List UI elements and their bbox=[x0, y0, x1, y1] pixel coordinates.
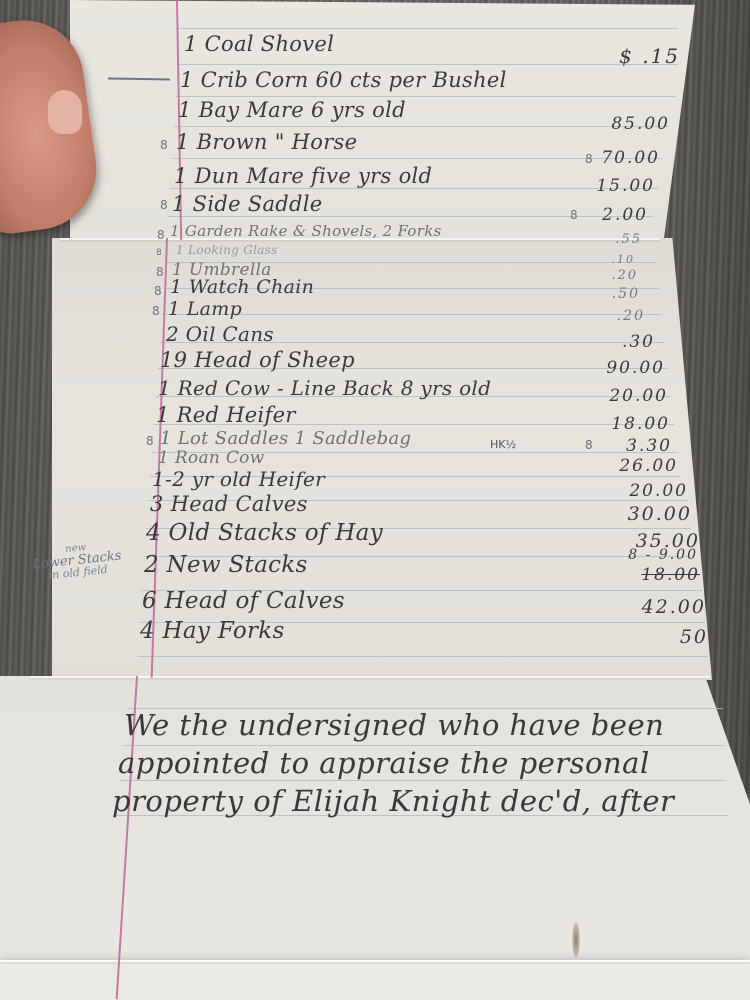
item-desc: 2 Oil Cans bbox=[166, 322, 274, 346]
item-desc: 19 Head of Sheep bbox=[160, 348, 355, 372]
thumbnail bbox=[48, 90, 82, 134]
item-amount: 15.00 bbox=[596, 176, 655, 196]
item-desc: 1 Red Cow - Line Back 8 yrs old bbox=[158, 376, 491, 400]
fold-line bbox=[30, 676, 710, 678]
fold-line bbox=[0, 960, 750, 962]
item-amount: 3.30 bbox=[626, 436, 672, 456]
item-amount: 30.00 bbox=[628, 503, 692, 525]
item-desc: 1 Garden Rake & Shovels, 2 Forks bbox=[170, 222, 442, 240]
statement-line: appointed to appraise the personal bbox=[118, 746, 650, 780]
item-desc: 1 Red Heifer bbox=[156, 403, 296, 427]
item-desc: 3 Head Calves bbox=[150, 492, 308, 516]
statement-line: We the undersigned who have been bbox=[124, 708, 664, 742]
item-amount-correction: 8 - 9.00 bbox=[628, 547, 698, 563]
item-desc: 6 Head of Calves bbox=[142, 588, 345, 614]
item-desc: 1 Side Saddle bbox=[172, 192, 323, 216]
item-desc: 1 Watch Chain bbox=[170, 276, 314, 298]
item-amount: 20.00 bbox=[629, 481, 688, 501]
item-amount: 50 bbox=[680, 626, 708, 648]
item-desc: 1 Coal Shovel bbox=[184, 32, 334, 56]
item-amount: .30 bbox=[622, 332, 655, 352]
item-desc: 1 Bay Mare 6 yrs old bbox=[178, 98, 406, 122]
item-amount: .20 bbox=[611, 268, 638, 283]
tick-mark: 8 bbox=[585, 152, 593, 166]
tick-mark: 8 bbox=[585, 438, 593, 452]
tick-mark: 8 bbox=[154, 284, 162, 298]
tick-mark: 8 bbox=[156, 248, 162, 258]
item-desc: 1 Lamp bbox=[168, 298, 242, 320]
tick-mark: 8 bbox=[152, 304, 160, 318]
item-amount: .50 bbox=[612, 286, 640, 302]
item-amount: .20 bbox=[617, 308, 645, 324]
item-amount: 70.00 bbox=[601, 148, 660, 168]
item-amount: 18.00 bbox=[611, 414, 670, 434]
item-amount: .55 bbox=[615, 232, 642, 247]
margin-initials-note: HK½ bbox=[490, 438, 516, 451]
tick-mark: 8 bbox=[146, 434, 154, 448]
item-amount-struck: 18.00 bbox=[641, 565, 700, 585]
tick-mark: 8 bbox=[160, 138, 168, 152]
item-desc: 1 Roan Cow bbox=[158, 448, 265, 468]
paper-panel-bottom bbox=[0, 960, 750, 1000]
item-desc: 4 Old Stacks of Hay bbox=[146, 520, 383, 546]
tick-mark: 8 bbox=[156, 265, 164, 279]
statement-line: property of Elijah Knight dec'd, after bbox=[112, 784, 674, 818]
item-desc: 1 Looking Glass bbox=[176, 243, 278, 257]
item-amount: .10 bbox=[612, 253, 636, 266]
item-amount: 85.00 bbox=[611, 114, 670, 134]
paper-stain bbox=[572, 922, 580, 958]
item-desc: 1-2 yr old Heifer bbox=[152, 467, 325, 491]
item-desc: 2 New Stacks bbox=[144, 552, 308, 578]
tick-mark: 8 bbox=[160, 198, 168, 212]
item-desc: 1 Brown " Horse bbox=[176, 130, 357, 154]
item-desc: 1 Lot Saddles 1 Saddlebag bbox=[160, 428, 411, 449]
item-amount: 26.00 bbox=[619, 456, 678, 476]
tick-mark: 8 bbox=[570, 208, 578, 222]
item-desc: 1 Crib Corn 60 cts per Bushel bbox=[180, 68, 507, 92]
item-desc: 4 Hay Forks bbox=[140, 618, 285, 644]
item-amount: 90.00 bbox=[606, 358, 665, 378]
item-amount: $ .15 bbox=[619, 44, 680, 68]
item-amount: 20.00 bbox=[609, 386, 668, 406]
item-desc: 1 Dun Mare five yrs old bbox=[174, 164, 432, 188]
item-amount: 2.00 bbox=[602, 205, 648, 225]
tick-mark: 8 bbox=[157, 228, 165, 242]
item-amount: 42.00 bbox=[642, 596, 706, 618]
